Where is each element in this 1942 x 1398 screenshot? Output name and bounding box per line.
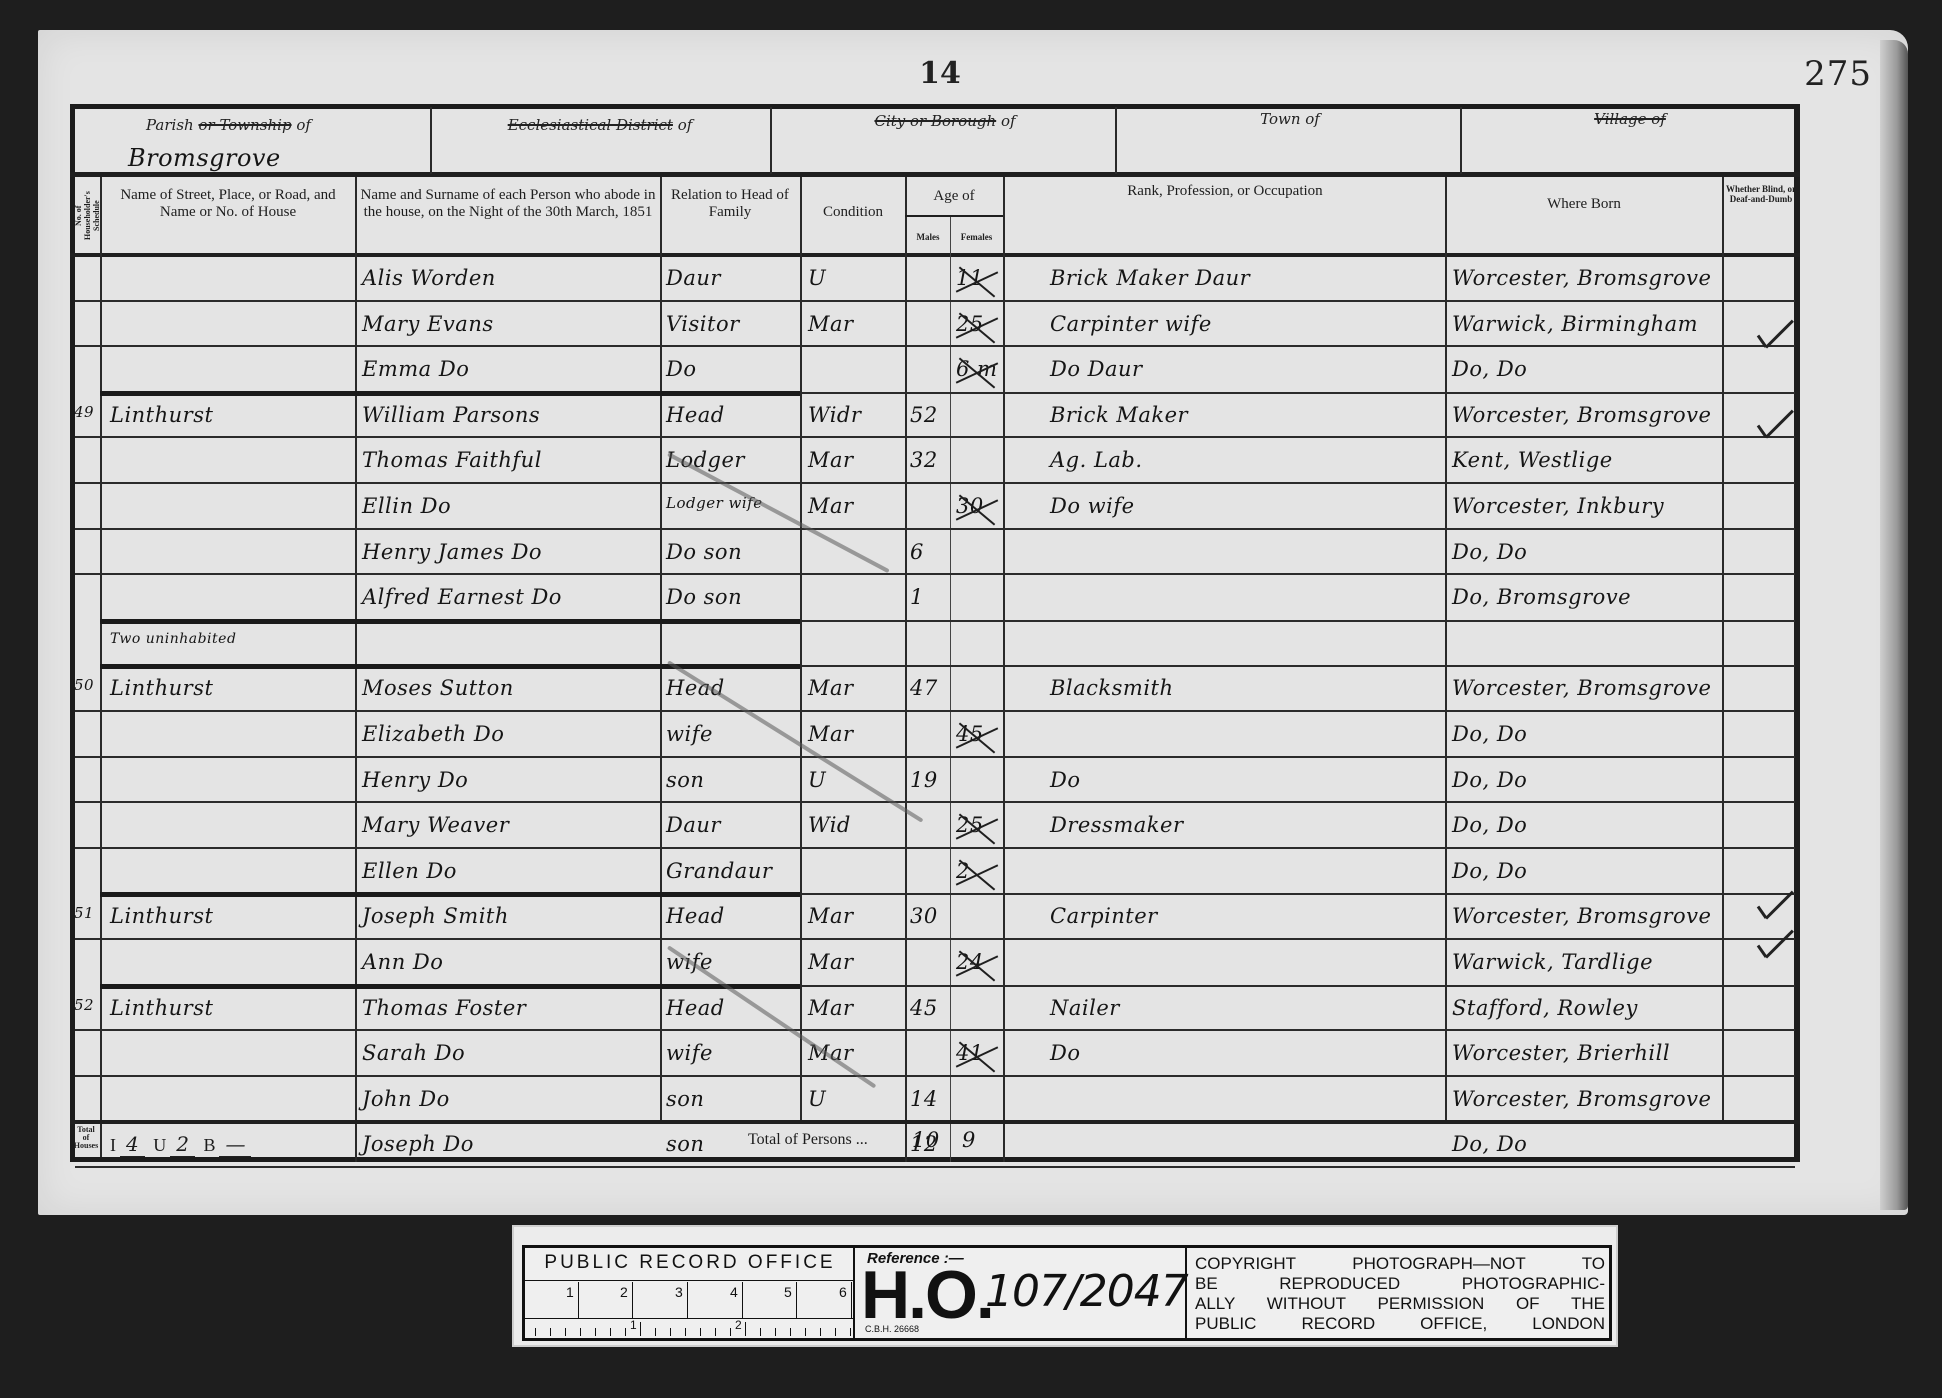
ruler-tick [625,1328,626,1336]
col-header-schedule: No. of Householder's Schedule [74,182,98,250]
cell-male-age: 52 [910,403,938,427]
column-divider [660,177,662,1122]
cell-name: Mary Weaver [362,813,509,837]
ruler-tick [796,1282,797,1318]
total-persons-label: Total of Persons ... [748,1131,868,1149]
cell-relation: Head [666,904,725,928]
ruler-tick [550,1328,551,1336]
cell-where-born: Do, Do [1452,540,1527,564]
column-divider [355,177,357,1162]
cell-name: John Do [362,1087,450,1111]
row-rule [100,892,800,897]
row-rule [75,801,1795,803]
row-rule [100,619,800,624]
check-mark-icon [1752,412,1798,442]
cell-where-born: Worcester, Bromsgrove [1452,676,1711,700]
ruler-tick [850,1328,851,1336]
cell-where-born: Stafford, Rowley [1452,996,1638,1020]
cell-name: William Parsons [362,403,540,427]
cell-male-age: 45 [910,996,938,1020]
cell-relation: Do son [666,540,742,564]
ruler-tick [820,1328,821,1336]
ruler-number: 4 [730,1284,738,1300]
cell-condition: Mar [808,904,854,928]
inhabited-count: 4 [120,1132,145,1157]
column-divider [1003,177,1005,1162]
cell-condition: Mar [808,950,854,974]
cell-female-age: 45 [956,722,984,746]
cell-female-age: 25 [956,312,984,336]
cell-relation: son [666,1087,704,1111]
copyright-line: PUBLIC RECORD OFFICE, LONDON [1195,1314,1605,1334]
row-rule [75,1075,1795,1077]
cell-condition: Mar [808,312,854,336]
cell-occupation: Do wife [1050,494,1135,518]
ruler-tick [595,1328,596,1336]
cell-relation: Head [666,996,725,1020]
cell-name: Mary Evans [362,312,494,336]
row-rule [800,665,1795,667]
cell-occupation: Blacksmith [1050,676,1174,700]
ruler-tick [655,1328,656,1336]
row-rule [75,300,1795,302]
cell-condition: Mar [808,494,854,518]
cell-occupation: Ag. Lab. [1050,448,1143,472]
stamp-frame: PUBLIC RECORD OFFICE 12345612 Reference … [522,1245,1612,1341]
cell-where-born: Worcester, Bromsgrove [1452,904,1711,928]
cell-condition: Mar [808,448,854,472]
column-header-divider [70,253,1800,257]
cell-name: Joseph Do [362,1132,474,1156]
ruler-tick [685,1328,686,1336]
ruler-tick [742,1282,743,1318]
cell-female-age: 41 [956,1041,984,1065]
ruler-tick [835,1328,836,1336]
cell-male-age: 30 [910,904,938,928]
column-divider [1445,177,1447,1122]
ruler-number: 2 [735,1318,742,1332]
village-label: Village of [1470,110,1790,128]
col-header-males: Males [907,232,949,242]
total-houses-label: Total of Houses [73,1126,99,1150]
cell-name: Moses Sutton [362,676,514,700]
column-divider [1722,177,1724,1122]
row-rule [75,938,1795,940]
cell-where-born: Kent, Westlige [1452,448,1613,472]
cell-relation: wife [666,1041,713,1065]
ruler-tick [805,1328,806,1336]
ruler-line [525,1318,853,1319]
total-houses-field: I4 U2 B— [110,1132,255,1156]
cell-schedule: 49 [74,403,94,421]
cell-occupation: Brick Maker Daur [1050,266,1250,290]
record-office-stamp: PUBLIC RECORD OFFICE 12345612 Reference … [512,1225,1618,1347]
ruler-number: 5 [784,1284,792,1300]
cell-male-age: 32 [910,448,938,472]
ruler-tick [580,1328,581,1336]
cell-male-age: 1 [910,585,924,609]
age-subheader-divider [905,215,1003,217]
row-rule [800,893,1795,895]
row-rule [75,1029,1795,1031]
column-divider [905,177,907,1162]
cell-where-born: Worcester, Bromsgrove [1452,1087,1711,1111]
row-rule [100,984,800,989]
cell-occupation: Carpinter [1050,904,1158,928]
ruler-line [525,1280,853,1281]
row-rule [75,436,1795,438]
cell-schedule: 50 [74,676,94,694]
ruler-tick [578,1282,579,1318]
office-title: PUBLIC RECORD OFFICE [531,1252,849,1274]
cell-occupation: Do [1050,768,1080,792]
row-rule [75,756,1795,758]
cell-condition: Widr [808,403,861,427]
cell-female-age: 25 [956,813,984,837]
col-header-where-born: Where Born [1448,196,1720,213]
row-rule [800,392,1795,394]
cell-relation: Grandaur [666,859,772,883]
cell-where-born: Do, Do [1452,357,1527,381]
cell-where-born: Warwick, Birmingham [1452,312,1698,336]
cell-where-born: Do, Do [1452,768,1527,792]
public-record-office-box: PUBLIC RECORD OFFICE 12345612 [525,1248,855,1338]
col-header-name: Name and Surname of each Person who abod… [358,187,658,221]
cell-female-age: 24 [956,950,984,974]
building-prefix: B [203,1135,215,1155]
cell-where-born: Warwick, Tardlige [1452,950,1653,974]
uninhabited-prefix: U [153,1135,166,1155]
cell-male-age: 19 [910,768,938,792]
cell-female-age: 11 [956,266,984,290]
cell-where-born: Worcester, Bromsgrove [1452,266,1711,290]
copyright-notice: COPYRIGHT PHOTOGRAPH—NOT TOBE REPRODUCED… [1189,1248,1609,1338]
cell-relation: Daur [666,813,721,837]
cell-relation: Do son [666,585,742,609]
building-count: — [219,1132,251,1157]
cell-occupation: Nailer [1050,996,1120,1020]
col-header-street: Name of Street, Place, or Road, and Name… [104,187,352,221]
cell-name: Henry James Do [362,540,542,564]
total-males: 10 [912,1128,940,1152]
cell-occupation: Do [1050,1041,1080,1065]
ruler-tick [535,1328,536,1336]
cell-male-age: 47 [910,676,938,700]
cell-occupation: Dressmaker [1050,813,1183,837]
cell-occupation: Carpinter wife [1050,312,1212,336]
cell-relation: wife [666,722,713,746]
row-rule [800,620,1795,622]
row-rule [75,710,1795,712]
header-vline [1115,107,1117,174]
copyright-text: COPYRIGHT PHOTOGRAPH—NOT TOBE REPRODUCED… [1195,1254,1605,1334]
cell-street: Linthurst [110,996,213,1020]
ruler-tick [632,1282,633,1318]
cell-relation: Head [666,403,725,427]
col-header-condition: Condition [803,204,903,221]
reference-box: Reference :— H.O. 107/2047 C.B.H. 26668 [857,1248,1187,1338]
cell-relation: Daur [666,266,721,290]
cell-male-age: 6 [910,540,924,564]
total-females: 9 [962,1128,976,1152]
cell-relation: son [666,768,704,792]
ruler-number: 2 [620,1284,628,1300]
col-header-occupation: Rank, Profession, or Occupation [1100,183,1350,200]
reference-piece: 107/2047 [985,1266,1188,1317]
cell-name: Elizabeth Do [362,722,504,746]
ruler-tick [640,1322,641,1336]
city-borough-label: City or Borough of [780,112,1110,130]
ruler-number: 1 [630,1318,637,1332]
cell-where-born: Do, Bromsgrove [1452,585,1631,609]
ruler-tick [565,1328,566,1336]
ruler-number: 3 [675,1284,683,1300]
cell-female-age: 30 [956,494,984,518]
row-rule [75,482,1795,484]
col-header-age: Age of [907,188,1001,205]
reference-code: C.B.H. 26668 [865,1324,919,1334]
ecclesiastical-district-label: Ecclesiastical District of [440,116,760,134]
row-rule [100,391,800,396]
row-rule [75,1166,1795,1168]
header-divider [70,172,1800,177]
row-rule [75,345,1795,347]
ruler-tick [715,1328,716,1336]
uninhabited-count: 2 [170,1132,195,1157]
cell-male-age: 14 [910,1087,938,1111]
ruler-tick [851,1282,852,1318]
folio-number-right: 275 [1782,54,1872,94]
ruler-tick [700,1328,701,1336]
cell-name: Emma Do [362,357,469,381]
check-mark-icon [1752,322,1798,352]
cell-name: Thomas Foster [362,996,526,1020]
cell-name: Ann Do [362,950,443,974]
col-header-relation: Relation to Head of Family [663,187,797,221]
cell-female-age: 6 m [956,357,997,381]
cell-where-born: Do, Do [1452,1132,1527,1156]
cell-occupation: Brick Maker [1050,403,1188,427]
check-mark-icon [1752,932,1798,962]
cell-where-born: Do, Do [1452,722,1527,746]
cell-condition: Mar [808,722,854,746]
row-rule [75,573,1795,575]
check-mark-icon [1752,893,1798,923]
ruler-number: 6 [839,1284,847,1300]
cell-name: Thomas Faithful [362,448,542,472]
cell-condition: Wid [808,813,851,837]
cell-name: Joseph Smith [362,904,509,928]
ruler-tick [775,1328,776,1336]
cell-name: Ellin Do [362,494,451,518]
ruler-tick [745,1322,746,1336]
header-vline [1460,107,1462,174]
cell-relation: son [666,1132,704,1156]
row-rule [75,847,1795,849]
ruler-number: 1 [566,1284,574,1300]
ruler-tick [670,1328,671,1336]
parish-label: Parish or Township of [90,116,410,134]
copyright-line: ALLY WITHOUT PERMISSION OF THE [1195,1294,1605,1314]
inhabited-prefix: I [110,1135,116,1155]
cell-schedule: 52 [74,996,94,1014]
row-rule [75,528,1795,530]
cell-where-born: Do, Do [1452,813,1527,837]
cell-street: Linthurst [110,676,213,700]
totals-divider [70,1120,1800,1124]
ruler-tick [687,1282,688,1318]
copyright-line: COPYRIGHT PHOTOGRAPH—NOT TO [1195,1254,1605,1274]
cell-relation: Visitor [666,312,740,336]
cell-schedule: 51 [74,904,94,922]
cell-where-born: Worcester, Inkbury [1452,494,1664,518]
cell-where-born: Do, Do [1452,859,1527,883]
row-rule [800,985,1795,987]
copyright-line: BE REPRODUCED PHOTOGRAPHIC- [1195,1274,1605,1294]
cell-female-age: 2 [956,859,970,883]
cell-condition: Mar [808,996,854,1020]
cell-condition: U [808,768,826,792]
header-vline [770,107,772,174]
cell-relation: Do [666,357,696,381]
ruler-tick [760,1328,761,1336]
col-header-females: Females [951,232,1002,242]
column-divider [950,217,951,1162]
cell-where-born: Worcester, Brierhill [1452,1041,1670,1065]
ruler-tick [610,1328,611,1336]
cell-where-born: Worcester, Bromsgrove [1452,403,1711,427]
folio-number-center: 14 [910,56,970,91]
cell-condition: U [808,1087,826,1111]
cell-street: Linthurst [110,403,213,427]
cell-name: Henry Do [362,768,468,792]
cell-street: Linthurst [110,904,213,928]
column-divider [800,177,802,1122]
town-label: Town of [1125,110,1455,128]
cell-street: Two uninhabited [110,631,236,647]
reference-series: H.O. [861,1260,993,1330]
cell-condition: Mar [808,676,854,700]
page-edge [1880,40,1908,1210]
ruler-tick [790,1328,791,1336]
col-header-blind-deaf: Whether Blind, or Deaf-and-Dumb [1724,184,1798,204]
cell-name: Alis Worden [362,266,496,290]
parish-value: Bromsgrove [128,144,281,172]
cell-occupation: Do Daur [1050,357,1143,381]
cell-name: Ellen Do [362,859,457,883]
ruler-tick [730,1328,731,1336]
cell-condition: U [808,266,826,290]
header-vline [430,107,432,174]
row-rule [100,664,800,669]
cell-name: Sarah Do [362,1041,465,1065]
cell-name: Alfred Earnest Do [362,585,562,609]
